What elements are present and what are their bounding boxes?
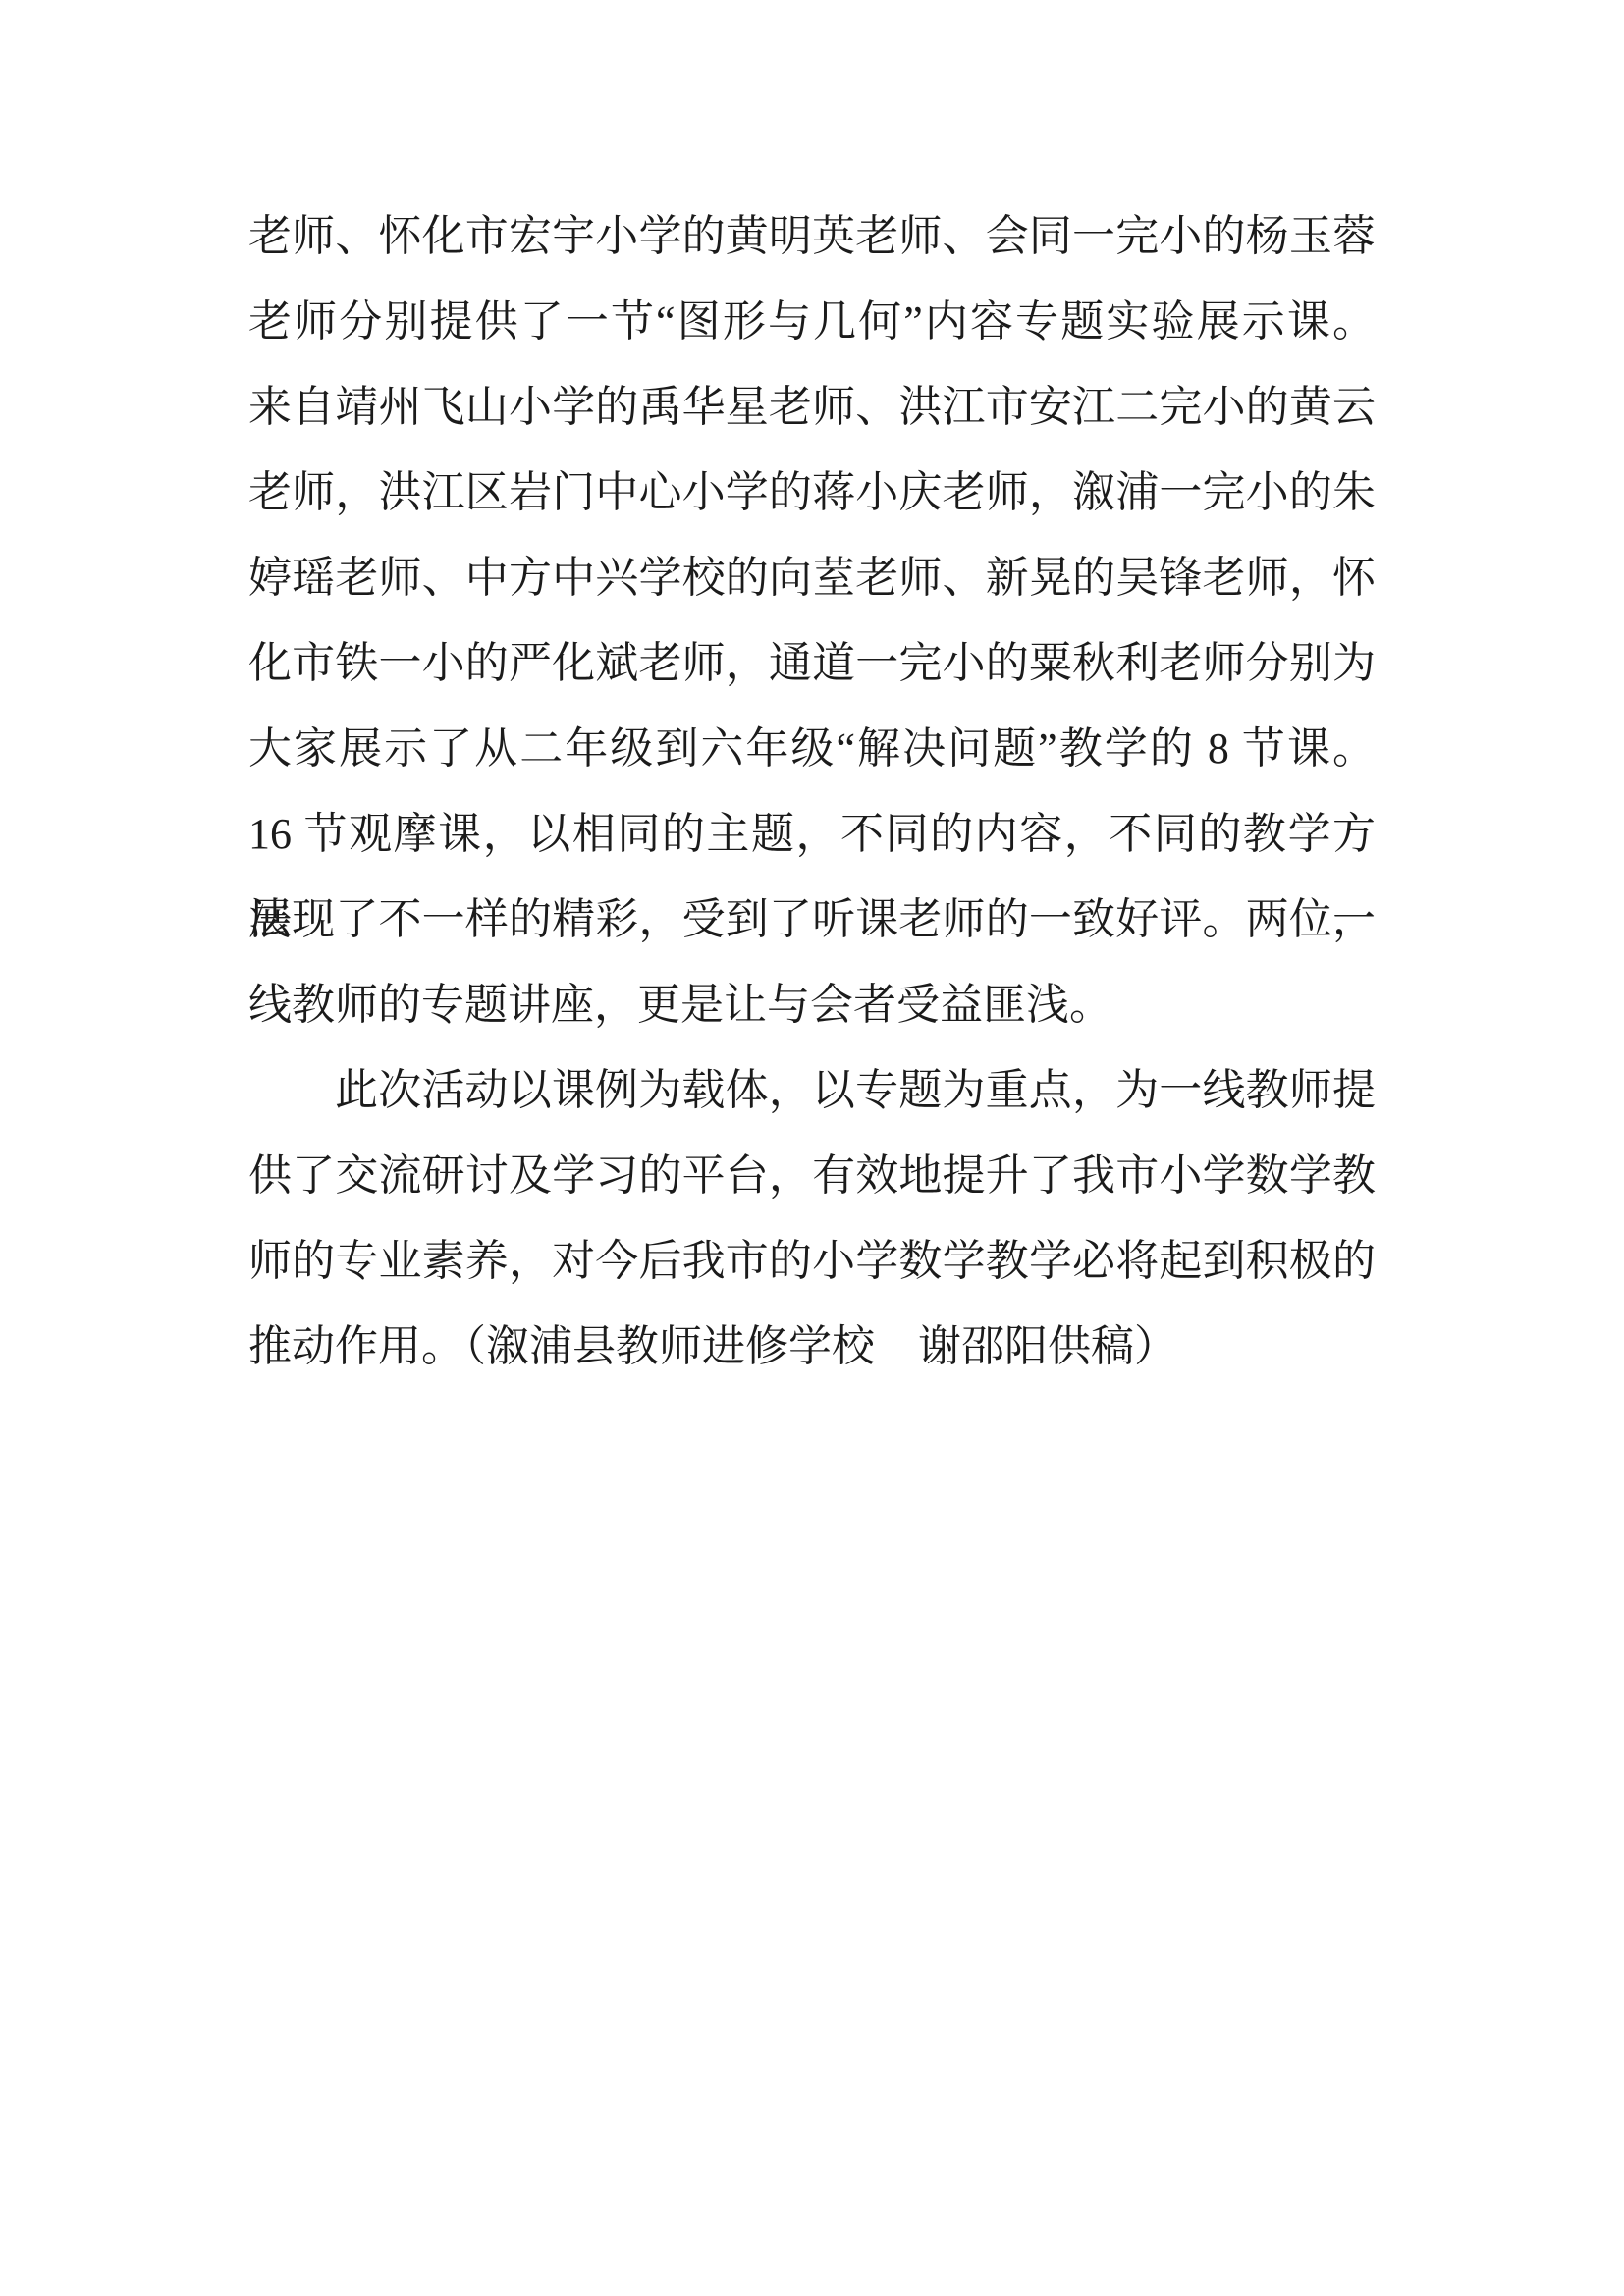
text-line: 化市铁一小的严化斌老师，通道一完小的粟秋利老师分别为 [248, 620, 1376, 706]
text-line: 婷瑶老师、中方中兴学校的向荎老师、新晃的吴锋老师，怀 [248, 535, 1376, 620]
text-line: 展现了不一样的精彩，受到了听课老师的一致好评。两位一 [248, 877, 1376, 962]
document-body: 老师、怀化市宏宇小学的黄明英老师、会同一完小的杨玉蓉老师分别提供了一节“图形与几… [248, 193, 1376, 1389]
text-line: 大家展示了从二年级到六年级“解决问题”教学的 8 节课。 [248, 706, 1376, 791]
text-line: 老师、怀化市宏宇小学的黄明英老师、会同一完小的杨玉蓉 [248, 193, 1376, 279]
text-line: 推动作用。（溆浦县教师进修学校 谢邵阳供稿） [248, 1304, 1376, 1389]
text-line: 16 节观摩课，以相同的主题，不同的内容，不同的教学方法， [248, 791, 1376, 877]
text-line: 供了交流研讨及学习的平台，有效地提升了我市小学数学教 [248, 1133, 1376, 1218]
text-line: 线教师的专题讲座，更是让与会者受益匪浅。 [248, 962, 1376, 1047]
text-line: 老师分别提供了一节“图形与几何”内容专题实验展示课。 [248, 279, 1376, 364]
document-page: 老师、怀化市宏宇小学的黄明英老师、会同一完小的杨玉蓉老师分别提供了一节“图形与几… [0, 0, 1624, 2296]
text-line: 来自靖州飞山小学的禹华星老师、洪江市安江二完小的黄云 [248, 364, 1376, 450]
text-line: 师的专业素养，对今后我市的小学数学教学必将起到积极的 [248, 1218, 1376, 1304]
text-line: 老师，洪江区岩门中心小学的蒋小庆老师，溆浦一完小的朱 [248, 450, 1376, 535]
text-line: 此次活动以课例为载体，以专题为重点，为一线教师提 [248, 1047, 1376, 1133]
